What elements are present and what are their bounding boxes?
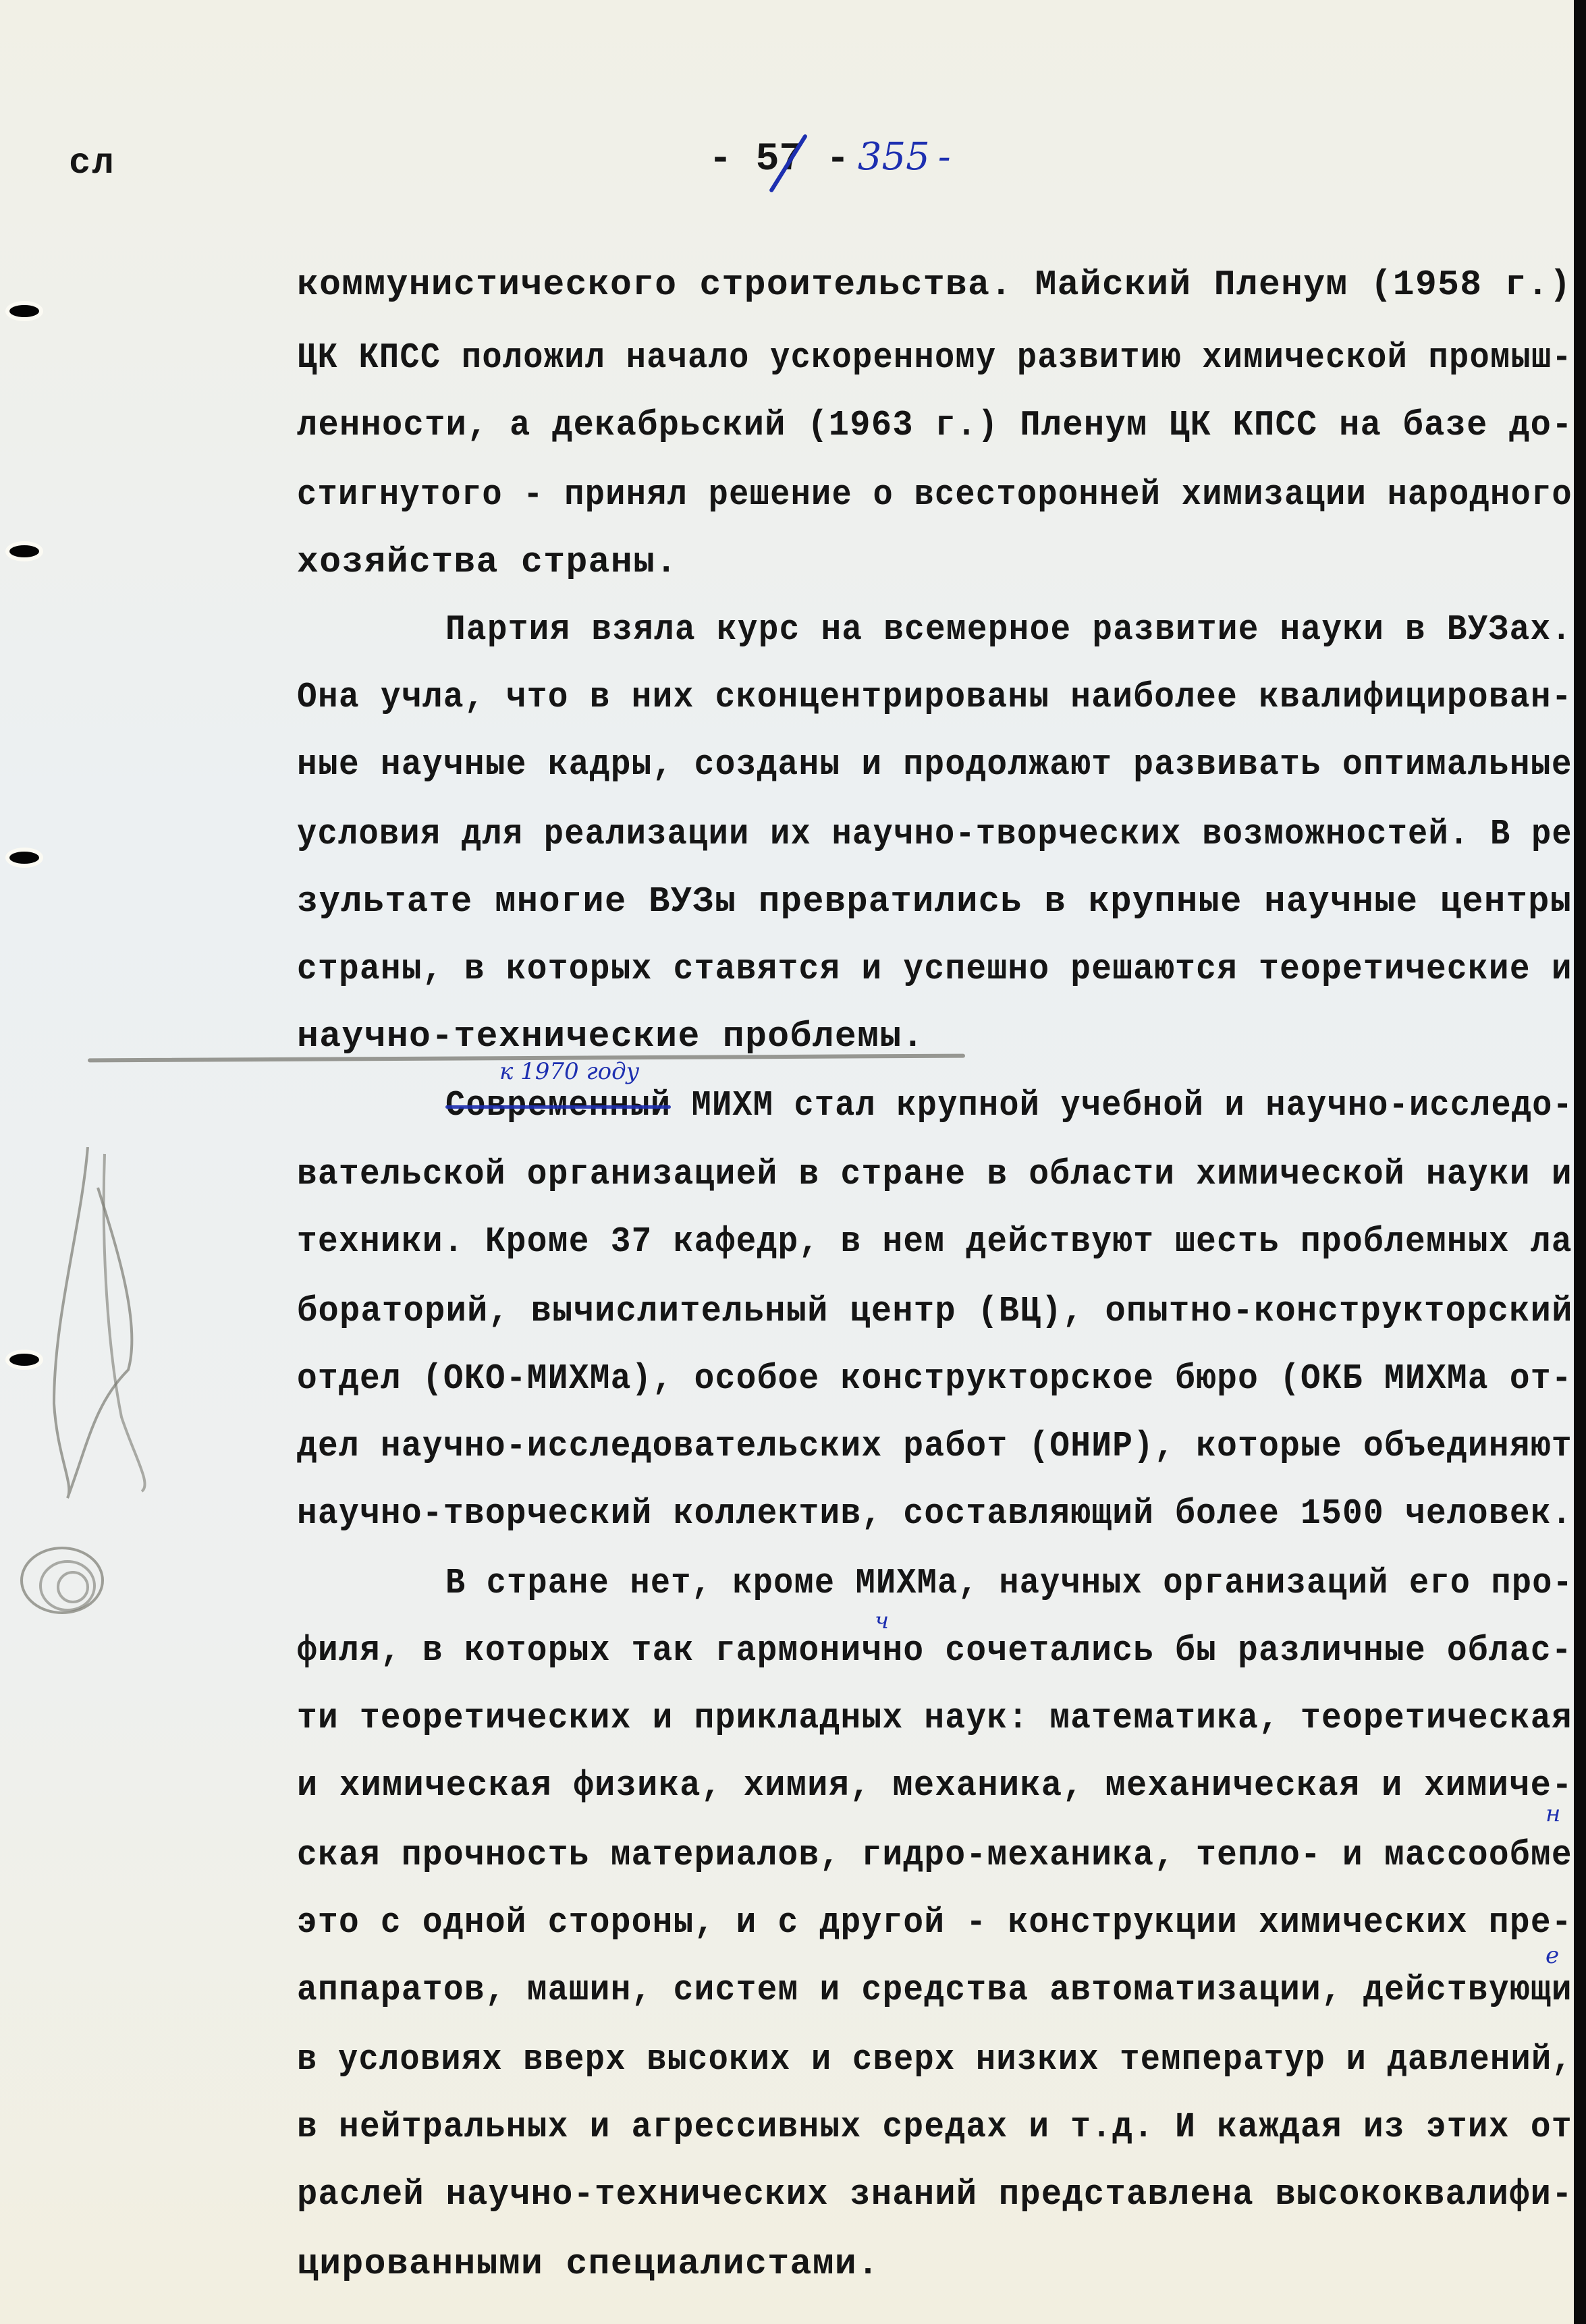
text-line: В стране нет, кроме МИХМа, научных орган… [445, 1563, 1573, 1603]
text-line: отдел (ОКО-МИХМа), особое конструкторско… [297, 1358, 1573, 1399]
text-line: аппаратов, машин, систем и средства авто… [297, 1970, 1573, 2010]
text-line: ленности, а декабрьский (1963 г.) Пленум… [297, 405, 1573, 445]
text-line: хозяйства страны. [297, 542, 678, 582]
typed-dash: - [709, 138, 756, 182]
typed-page-number: 57 [756, 138, 803, 182]
text-line: условия для реализации их научно-творчес… [297, 814, 1573, 854]
text-line: это с одной стороны, и с другой - констр… [297, 1902, 1573, 1943]
text-line: страны, в которых ставятся и успешно реш… [297, 949, 1573, 989]
text-line: Современный МИХМ стал крупной учебной и … [445, 1085, 1573, 1126]
typed-dash: - [802, 138, 850, 182]
text-line: ская прочность материалов, гидро-механик… [297, 1835, 1573, 1875]
text-line: зультате многие ВУЗы превратились в круп… [297, 881, 1572, 922]
text-line: в условиях вверх высоких и сверх низких … [297, 2039, 1573, 2080]
text-line: стигнутого - принял решение о всесторонн… [297, 474, 1573, 515]
text-line: вательской организацией в стране в облас… [297, 1154, 1573, 1194]
binder-hole [9, 1354, 39, 1366]
pencil-scribble-icon [40, 1147, 148, 1525]
handwritten-correction: е [1546, 1942, 1559, 1969]
pencil-circle-scribble-icon [13, 1532, 115, 1633]
text-line: бораторий, вычислительный центр (ВЦ), оп… [297, 1291, 1573, 1331]
text-line: научно-технические проблемы. [297, 1016, 925, 1057]
struck-word: Современный [445, 1085, 671, 1126]
binder-hole [9, 852, 39, 864]
text-line: цированными специалистами. [297, 2244, 879, 2284]
handwritten-correction: н [1546, 1800, 1560, 1827]
text-line-rest: МИХМ стал крупной учебной и научно-иссле… [671, 1085, 1573, 1126]
text-line: научно-творческий коллектив, составляющи… [297, 1493, 1573, 1534]
scan-edge [1574, 0, 1586, 2324]
text-line: техники. Кроме 37 кафедр, в нем действую… [297, 1221, 1573, 1262]
handwritten-dash: - [938, 135, 951, 179]
text-line: ти теоретических и прикладных наук: мате… [297, 1698, 1573, 1738]
text-line: в нейтральных и агрессивных средах и т.д… [297, 2107, 1573, 2147]
text-line: дел научно-исследовательских работ (ОНИР… [297, 1426, 1573, 1466]
text-line: ЦК КПСС положил начало ускоренному разви… [297, 337, 1573, 378]
binder-hole [9, 305, 39, 317]
text-line: коммунистического строительства. Майский… [297, 265, 1572, 305]
text-line: раслей научно-технических знаний предста… [297, 2174, 1573, 2215]
page-number: - 57 -355- [709, 135, 951, 182]
text-line: филя, в которых так гармонично сочеталис… [297, 1630, 1573, 1671]
text-line: и химическая физика, химия, механика, ме… [297, 1765, 1573, 1806]
binder-hole [9, 545, 39, 557]
handwritten-page-number: 355 [858, 135, 930, 179]
text-line: ные научные кадры, созданы и продолжают … [297, 744, 1573, 785]
text-line: Партия взяла курс на всемерное развитие … [445, 609, 1572, 650]
document-code: сл [69, 143, 115, 184]
text-line: Она учла, что в них сконцентрированы наи… [297, 677, 1573, 717]
handwritten-insertion: к 1970 году [499, 1058, 639, 1085]
